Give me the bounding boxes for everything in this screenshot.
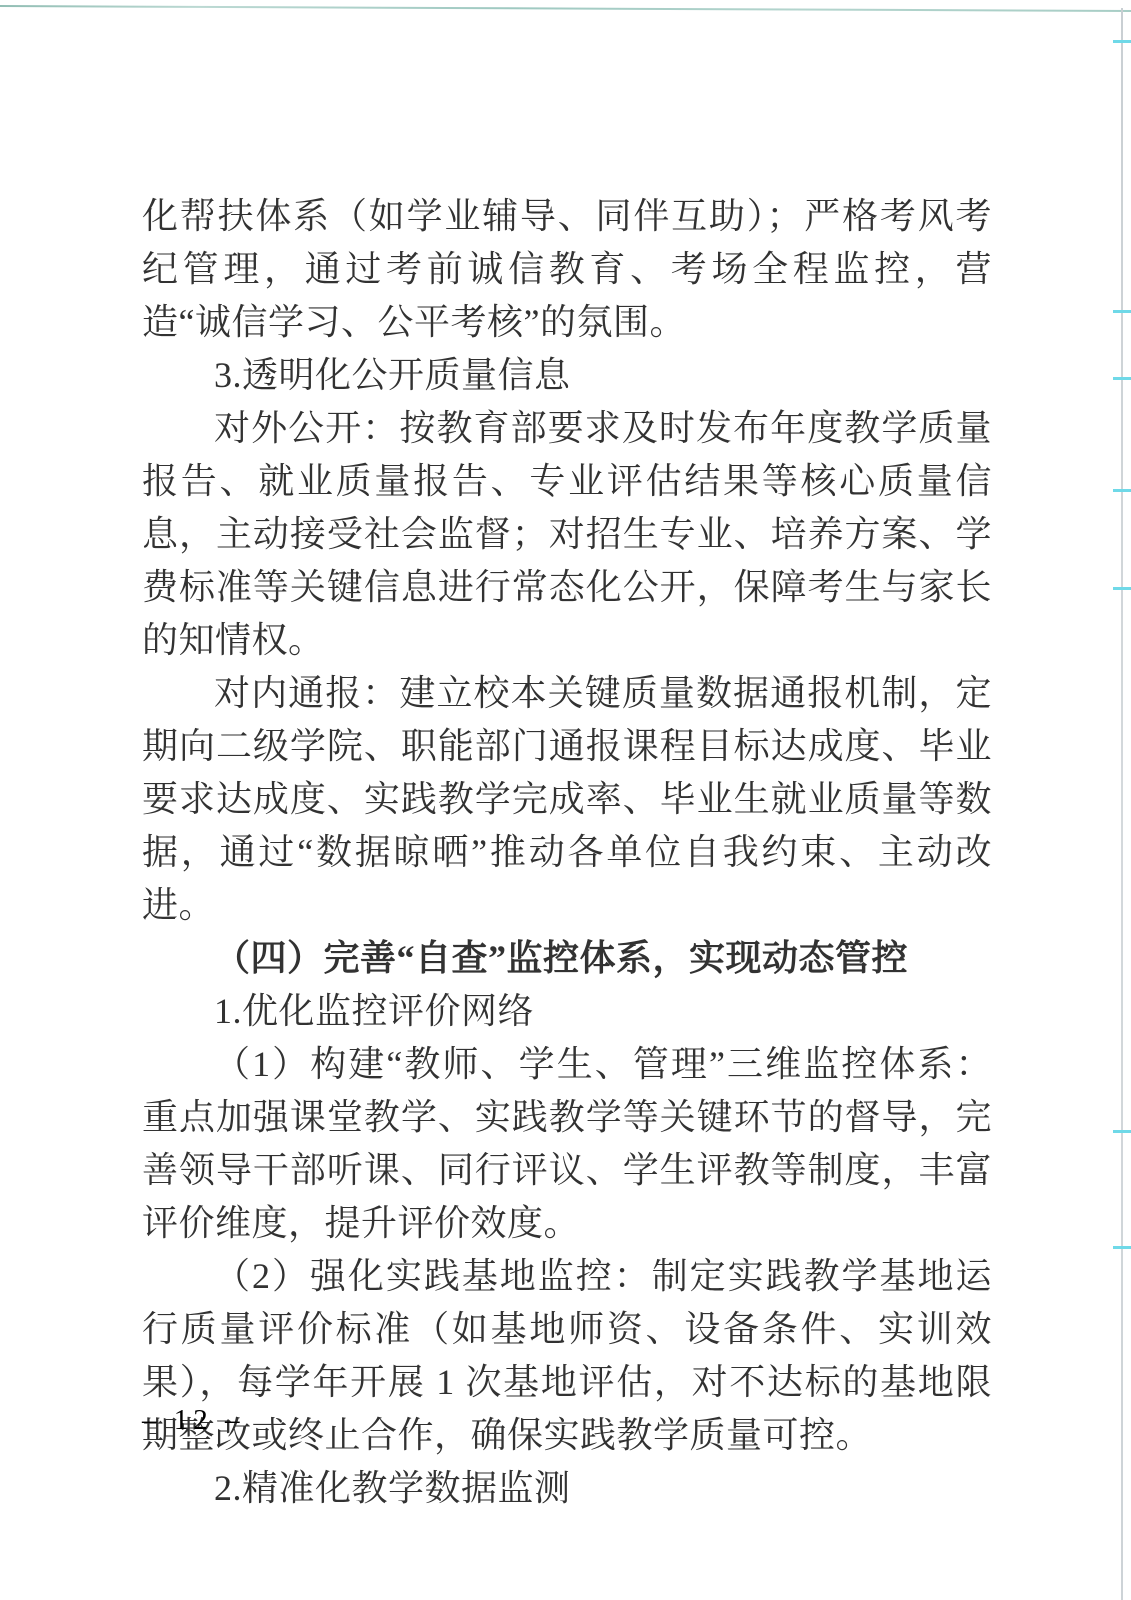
scan-artifact-cyan-tick xyxy=(1113,40,1131,43)
paragraph-heading: 1.优化监控评价网络 xyxy=(142,985,992,1038)
scanned-document-page: 化帮扶体系（如学业辅导、同伴互助）；严格考风考纪管理，通过考前诚信教育、考场全程… xyxy=(0,0,1131,1600)
scan-artifact-top-line xyxy=(0,5,1131,12)
scan-artifact-cyan-tick xyxy=(1113,310,1131,313)
paragraph: 对内通报：建立校本关键质量数据通报机制，定期向二级学院、职能部门通报课程目标达成… xyxy=(142,667,992,932)
page-number: – 12 – xyxy=(142,1404,245,1437)
scan-artifact-cyan-tick xyxy=(1113,1130,1131,1133)
paragraph: 对外公开：按教育部要求及时发布年度教学质量报告、就业质量报告、专业评估结果等核心… xyxy=(142,402,992,667)
scan-artifact-cyan-tick xyxy=(1113,377,1131,380)
scan-artifact-right-edge-line xyxy=(1121,8,1123,1600)
paragraph: （1）构建“教师、学生、管理”三维监控体系：重点加强课堂教学、实践教学等关键环节… xyxy=(142,1038,992,1250)
paragraph: 化帮扶体系（如学业辅导、同伴互助）；严格考风考纪管理，通过考前诚信教育、考场全程… xyxy=(142,190,992,349)
scan-artifact-cyan-tick xyxy=(1113,587,1131,590)
paragraph: （2）强化实践基地监控：制定实践教学基地运行质量评价标准（如基地师资、设备条件、… xyxy=(142,1250,992,1462)
scan-artifact-cyan-tick xyxy=(1113,1246,1131,1249)
paragraph-heading: （四）完善“自查”监控体系，实现动态管控 xyxy=(142,932,992,985)
paragraph-heading: 2.精准化教学数据监测 xyxy=(142,1462,992,1515)
paragraph-heading: 3.透明化公开质量信息 xyxy=(142,349,992,402)
document-body: 化帮扶体系（如学业辅导、同伴互助）；严格考风考纪管理，通过考前诚信教育、考场全程… xyxy=(142,190,992,1515)
scan-artifact-cyan-tick xyxy=(1113,489,1131,492)
